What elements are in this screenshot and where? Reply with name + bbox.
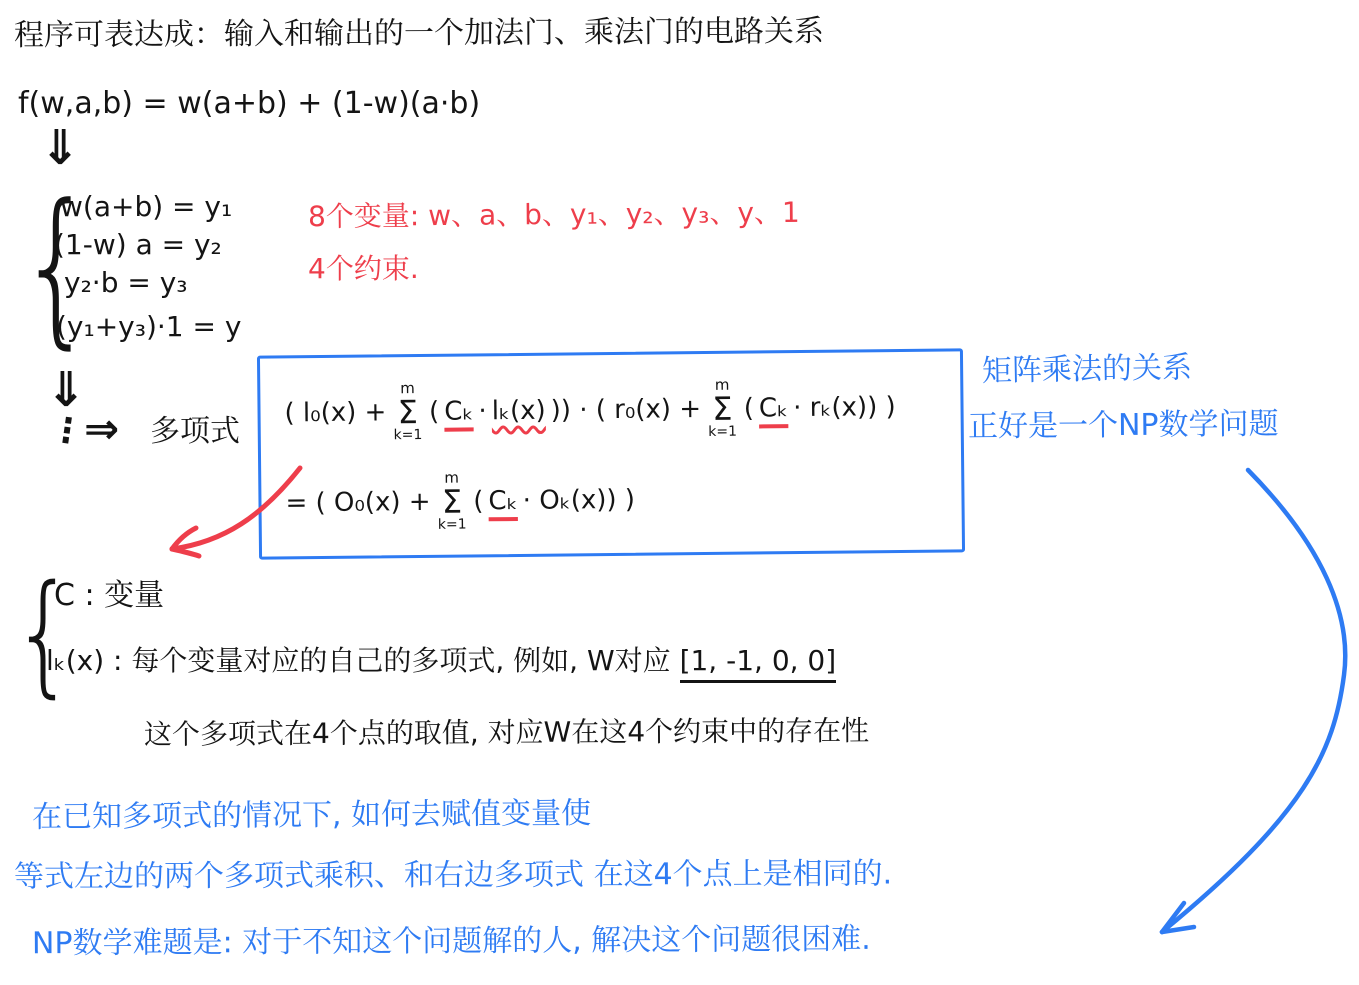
formula-part: ( — [473, 486, 483, 516]
legend-lk-definition: lₖ(x) : 每个变量对应的自己的多项式, 例如, W对应 [1, -1, 0… — [46, 644, 836, 678]
formula-part: = ( O₀(x) + — [285, 486, 430, 518]
sum-lower-limit: k=1 — [438, 518, 467, 532]
polynomial-label: 多项式 — [150, 414, 240, 450]
polynomial-formula-box: ( l₀(x) + m Σ k=1 ( Cₖ · lₖ(x) )) · ( r₀… — [257, 348, 965, 559]
summation-symbol: m Σ k=1 — [437, 471, 466, 532]
blue-bottom-line-3: NP数学难题是: 对于不知这个问题解的人, 解决这个问题很困难. — [32, 922, 871, 962]
equation-2: (1-w) a = y₂ — [54, 228, 222, 262]
blue-connector-arrow — [1162, 470, 1345, 932]
sum-lower-limit: k=1 — [708, 425, 737, 439]
vertical-ellipsis: ⋮ — [48, 412, 86, 450]
coefficient-ck: Cₖ — [759, 393, 789, 423]
red-note-constraints: 4个约束. — [308, 252, 419, 286]
formula-line-1: ( l₀(x) + m Σ k=1 ( Cₖ · lₖ(x) )) · ( r₀… — [284, 376, 896, 443]
legend-explanation: 这个多项式在4个点的取值, 对应W在这4个约束中的存在性 — [144, 714, 869, 751]
coefficient-ck: Cₖ — [488, 485, 518, 515]
function-definition: f(w,a,b) = w(a+b) + (1-w)(a·b) — [18, 86, 480, 122]
formula-part: ( l₀(x) + — [284, 397, 386, 428]
handwritten-note-canvas: 程序可表达成：输入和输出的一个加法门、乘法门的电路关系 f(w,a,b) = w… — [0, 0, 1359, 985]
coefficient-ck: Cₖ — [444, 396, 474, 426]
formula-part: )) · ( r₀(x) + — [551, 394, 702, 426]
red-note-variables: 8个变量: w、a、b、y₁、y₂、y₃、y、1 — [308, 196, 800, 234]
blue-note-np: 正好是一个NP数学问题 — [968, 407, 1279, 446]
down-arrow-icon: ⇓ — [40, 124, 80, 172]
legend-lk-vector: [1, -1, 0, 0] — [680, 644, 837, 683]
formula-part: · rₖ(x)) ) — [793, 392, 896, 423]
legend-c-definition: C : 变量 — [54, 578, 164, 614]
note-title: 程序可表达成：输入和输出的一个加法门、乘法门的电路关系 — [14, 14, 824, 54]
equation-3: y₂·b = y₃ — [64, 266, 188, 300]
formula-part: · — [478, 396, 487, 426]
sigma-icon: Σ — [397, 396, 418, 428]
legend-lk-text: lₖ(x) : 每个变量对应的自己的多项式, 例如, W对应 — [46, 644, 671, 677]
blue-bottom-line-1: 在已知多项式的情况下, 如何去赋值变量使 — [32, 796, 591, 836]
summation-symbol: m Σ k=1 — [393, 381, 422, 442]
implies-arrow-icon: ⇒ — [84, 408, 119, 450]
blue-bottom-line-2: 等式左边的两个多项式乘积、和右边多项式 在这4个点上是相同的. — [14, 856, 892, 895]
equation-4: (y₁+y₃)·1 = y — [56, 310, 241, 344]
formula-part: ( — [744, 393, 754, 423]
sigma-icon: Σ — [712, 393, 733, 425]
formula-part: · Oₖ(x)) ) — [523, 484, 636, 515]
blue-note-matrix: 矩阵乘法的关系 — [982, 350, 1193, 390]
basis-polynomial-lk: lₖ(x) — [492, 395, 546, 426]
formula-part: ( — [429, 396, 439, 426]
sigma-icon: Σ — [442, 486, 463, 518]
down-arrow-icon: ⇓ — [46, 366, 86, 414]
summation-symbol: m Σ k=1 — [708, 378, 737, 439]
formula-line-2: = ( O₀(x) + m Σ k=1 ( Cₖ · Oₖ(x)) ) — [285, 469, 635, 534]
equation-1: w(a+b) = y₁ — [60, 190, 232, 224]
sum-lower-limit: k=1 — [393, 428, 422, 442]
